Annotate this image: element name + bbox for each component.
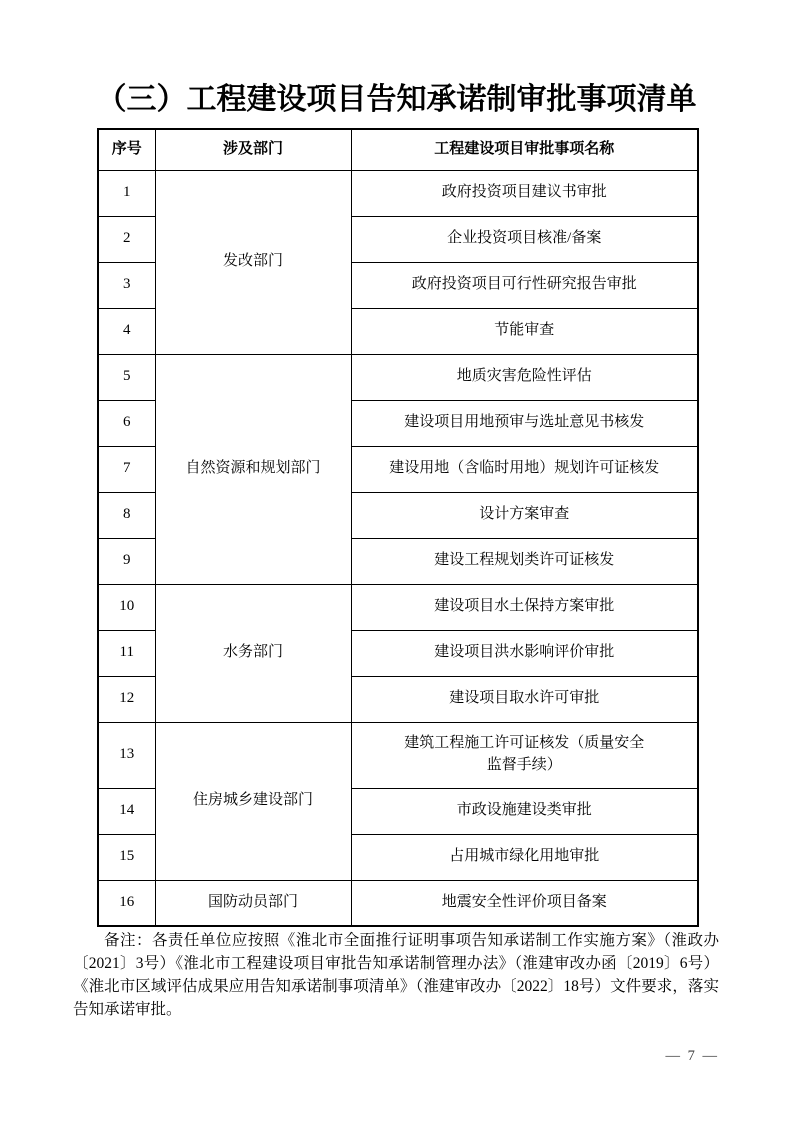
row-number-cell: 5 [98, 354, 155, 400]
department-cell: 住房城乡建设部门 [155, 722, 351, 880]
row-number-cell: 7 [98, 446, 155, 492]
department-cell: 国防动员部门 [155, 880, 351, 926]
table-header: 序号 涉及部门 工程建设项目审批事项名称 [98, 129, 698, 170]
item-name-cell: 占用城市绿化用地审批 [351, 834, 698, 880]
item-name-cell: 建设项目用地预审与选址意见书核发 [351, 400, 698, 446]
department-cell: 自然资源和规划部门 [155, 354, 351, 584]
note-label: 备注： [104, 932, 152, 949]
col-header-serial-number: 序号 [98, 129, 155, 170]
page-title: （三）工程建设项目告知承诺制审批事项清单 [0, 74, 793, 118]
row-number-cell: 16 [98, 880, 155, 926]
item-name-cell: 节能审查 [351, 308, 698, 354]
row-number-cell: 15 [98, 834, 155, 880]
row-number-cell: 11 [98, 630, 155, 676]
table-row: 10水务部门建设项目水土保持方案审批 [98, 584, 698, 630]
item-name-cell: 地震安全性评价项目备案 [351, 880, 698, 926]
col-header-department: 涉及部门 [155, 129, 351, 170]
item-name-cell: 建设项目洪水影响评价审批 [351, 630, 698, 676]
department-cell: 水务部门 [155, 584, 351, 722]
row-number-cell: 10 [98, 584, 155, 630]
row-number-cell: 8 [98, 492, 155, 538]
row-number-cell: 13 [98, 722, 155, 788]
row-number-cell: 2 [98, 216, 155, 262]
item-name-cell: 建设用地（含临时用地）规划许可证核发 [351, 446, 698, 492]
row-number-cell: 4 [98, 308, 155, 354]
item-name-cell: 地质灾害危险性评估 [351, 354, 698, 400]
item-name-cell: 建筑工程施工许可证核发（质量安全 监督手续） [351, 722, 698, 788]
page-number: — 7 — [666, 1048, 720, 1065]
item-name-cell: 政府投资项目建议书审批 [351, 170, 698, 216]
row-number-cell: 12 [98, 676, 155, 722]
col-header-item-name: 工程建设项目审批事项名称 [351, 129, 698, 170]
item-name-cell: 政府投资项目可行性研究报告审批 [351, 262, 698, 308]
row-number-cell: 6 [98, 400, 155, 446]
row-number-cell: 14 [98, 788, 155, 834]
table-header-row: 序号 涉及部门 工程建设项目审批事项名称 [98, 129, 698, 170]
item-name-cell: 设计方案审查 [351, 492, 698, 538]
table-body: 1发改部门政府投资项目建议书审批2企业投资项目核准/备案3政府投资项目可行性研究… [98, 170, 698, 926]
item-name-cell: 建设工程规划类许可证核发 [351, 538, 698, 584]
note-paragraph: 备注：各责任单位应按照《淮北市全面推行证明事项告知承诺制工作实施方案》（淮政办〔… [73, 929, 719, 1021]
table-row: 1发改部门政府投资项目建议书审批 [98, 170, 698, 216]
department-cell: 发改部门 [155, 170, 351, 354]
row-number-cell: 1 [98, 170, 155, 216]
item-name-cell: 企业投资项目核准/备案 [351, 216, 698, 262]
item-name-cell: 市政设施建设类审批 [351, 788, 698, 834]
row-number-cell: 3 [98, 262, 155, 308]
table-row: 13住房城乡建设部门建筑工程施工许可证核发（质量安全 监督手续） [98, 722, 698, 788]
row-number-cell: 9 [98, 538, 155, 584]
table-row: 5自然资源和规划部门地质灾害危险性评估 [98, 354, 698, 400]
item-name-cell: 建设项目水土保持方案审批 [351, 584, 698, 630]
item-name-cell: 建设项目取水许可审批 [351, 676, 698, 722]
note-text: 各责任单位应按照《淮北市全面推行证明事项告知承诺制工作实施方案》（淮政办〔202… [73, 932, 719, 1018]
approval-items-table: 序号 涉及部门 工程建设项目审批事项名称 1发改部门政府投资项目建议书审批2企业… [97, 128, 699, 927]
table-row: 16国防动员部门地震安全性评价项目备案 [98, 880, 698, 926]
